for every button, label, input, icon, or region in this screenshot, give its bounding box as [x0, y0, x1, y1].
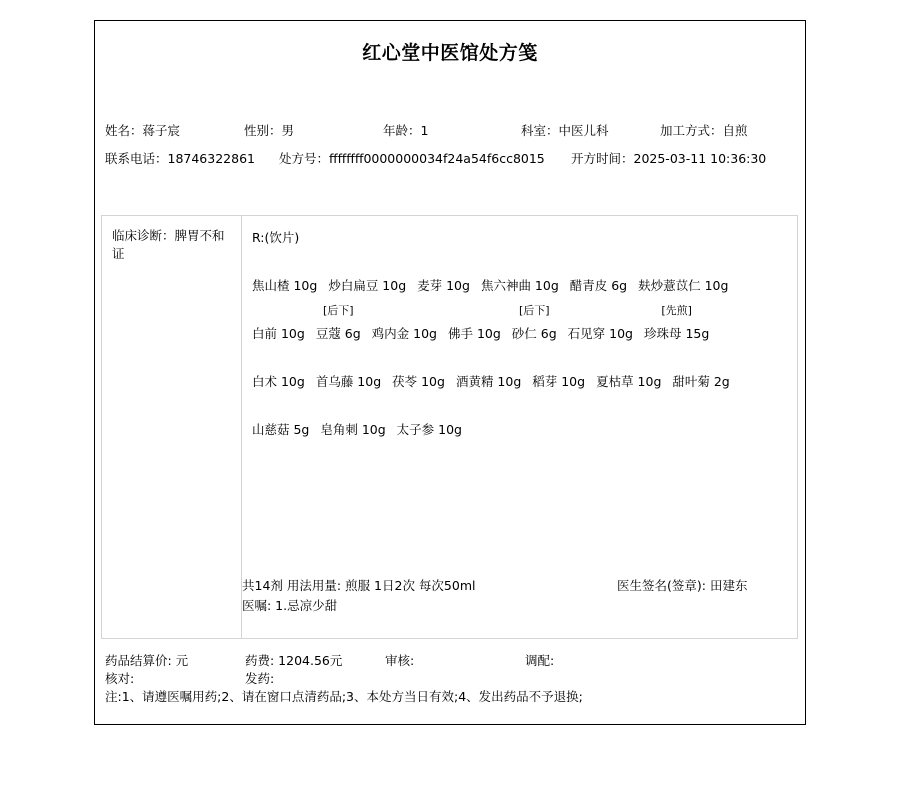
herb-item: 稻芽 10g: [532, 372, 585, 390]
prescription-body: 临床诊断：脾胃不和证 R:(饮片) 焦山楂 10g 炒白扁豆 10g 麦芽 10…: [101, 215, 798, 639]
herb-item: 首乌藤 10g: [316, 372, 381, 390]
dispense-field: 调配:: [525, 651, 554, 669]
settlement-price: 药品结算价: 元: [105, 651, 188, 669]
herb-item: 炒白扁豆 10g: [328, 276, 406, 294]
herb-item: 焦六神曲 10g: [481, 276, 559, 294]
herb-note: [后下]: [519, 302, 550, 318]
herb-item: 夏枯草 10g: [596, 372, 661, 390]
notes: 注:1、请遵医嘱用药;2、请在窗口点清药品;3、本处方当日有效;4、发出药品不予…: [105, 687, 805, 703]
patient-info-row-1: 姓名：蒋子宸 性别：男 年龄：1 科室：中医儿科 加工方式：自煎: [105, 123, 805, 139]
page-title: 红心堂中医馆处方笺: [95, 38, 805, 65]
herb-item: 石见穿 10g: [568, 324, 633, 342]
patient-info-row-2: 联系电话：18746322861 处方号：ffffffff0000000034f…: [105, 151, 805, 167]
herb-item: 酒黄精 10g: [456, 372, 521, 390]
herb-item: [后下]砂仁 6g: [512, 324, 557, 342]
herb-item: 茯苓 10g: [392, 372, 445, 390]
herb-note: [先煎]: [661, 302, 692, 318]
herb-item: 麸炒薏苡仁 10g: [638, 276, 728, 294]
clinical-diagnosis: 临床诊断：脾胃不和证: [112, 227, 235, 263]
prescription-number: 处方号：ffffffff0000000034f24a54f6cc8015: [279, 151, 545, 167]
herb-item: 麦芽 10g: [417, 276, 470, 294]
phone-number: 联系电话：18746322861: [105, 151, 255, 167]
patient-name: 姓名：蒋子宸: [105, 123, 180, 139]
herb-item: 皂角刺 10g: [320, 420, 385, 438]
herb-item: 山慈菇 5g: [252, 420, 309, 438]
diagnosis-column: 临床诊断：脾胃不和证: [102, 216, 242, 638]
herb-item: 白前 10g: [252, 324, 305, 342]
patient-age: 年龄：1: [383, 123, 428, 139]
processing-method: 加工方式：自煎: [660, 123, 748, 139]
herb-item: 甜叶菊 2g: [672, 372, 729, 390]
herb-row: 白前 10g [后下]豆蔻 6g 鸡内金 10g 佛手 10g [后下]砂仁 6…: [252, 324, 716, 340]
review-field: 审核:: [385, 651, 414, 669]
rx-header: R:(饮片): [252, 228, 299, 246]
doctor-advice: 医嘱: 1.忌凉少甜: [242, 596, 337, 614]
herb-item: 白术 10g: [252, 372, 305, 390]
prescription-time: 开方时间：2025-03-11 10:36:30: [571, 151, 766, 167]
department: 科室：中医儿科: [521, 123, 609, 139]
herb-item: 佛手 10g: [448, 324, 501, 342]
prescription-sheet: 红心堂中医馆处方笺 姓名：蒋子宸 性别：男 年龄：1 科室：中医儿科 加工方式：…: [94, 20, 806, 725]
check-row: 核对: 发药:: [105, 669, 805, 685]
herb-row: 山慈菇 5g 皂角刺 10g 太子参 10g: [252, 420, 469, 436]
herb-item: 焦山楂 10g: [252, 276, 317, 294]
issue-field: 发药:: [245, 669, 274, 687]
herb-item: 鸡内金 10g: [372, 324, 437, 342]
herb-item: 醋青皮 6g: [570, 276, 627, 294]
fee-row: 药品结算价: 元 药费: 1204.56元 审核: 调配:: [105, 651, 805, 667]
doctor-signature: 医生签名(签章): 田建东: [617, 576, 747, 594]
drug-fee: 药费: 1204.56元: [245, 651, 342, 669]
herb-note: [后下]: [323, 302, 354, 318]
herb-row: 焦山楂 10g 炒白扁豆 10g 麦芽 10g 焦六神曲 10g 醋青皮 6g …: [252, 276, 735, 292]
rx-column: R:(饮片) 焦山楂 10g 炒白扁豆 10g 麦芽 10g 焦六神曲 10g …: [242, 216, 797, 638]
herb-item: 太子参 10g: [397, 420, 462, 438]
check-field: 核对:: [105, 669, 134, 687]
notes-text: 注:1、请遵医嘱用药;2、请在窗口点清药品;3、本处方当日有效;4、发出药品不予…: [105, 687, 583, 705]
patient-gender: 性别：男: [244, 123, 294, 139]
herb-row: 白术 10g 首乌藤 10g 茯苓 10g 酒黄精 10g 稻芽 10g 夏枯草…: [252, 372, 737, 388]
herb-item: [后下]豆蔻 6g: [316, 324, 361, 342]
usage-dosage: 共14剂 用法用量: 煎服 1日2次 每次50ml: [242, 576, 475, 594]
herb-item: [先煎]珍珠母 15g: [644, 324, 709, 342]
